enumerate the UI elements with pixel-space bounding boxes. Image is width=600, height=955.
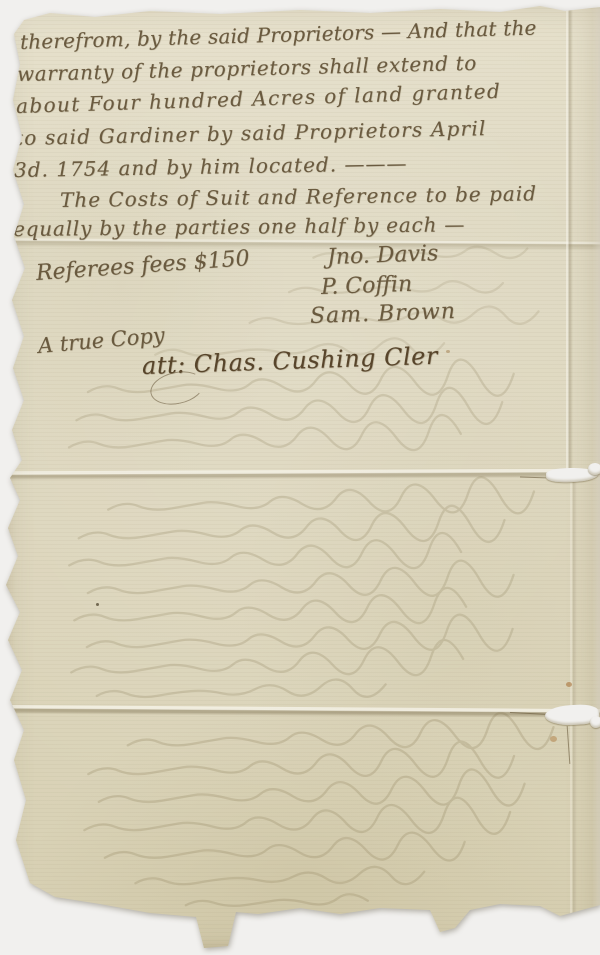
paper-crack [567, 726, 571, 764]
signature-p-coffin: P. Coffin [321, 272, 413, 300]
manuscript-line-5: 3d. 1754 and by him located. ——— [14, 151, 408, 182]
paper-crack [510, 712, 550, 715]
clerk-attestation-signature: att: Chas. Cushing Cler [142, 342, 439, 380]
scanned-document: therefrom, by the said Proprietors — And… [0, 0, 600, 955]
manuscript-line-1: therefrom, by the said Proprietors — And… [20, 16, 537, 54]
manuscript-line-6: The Costs of Suit and Reference to be pa… [60, 181, 537, 212]
foxing-speck [514, 914, 522, 920]
paper-shadow-wrap: therefrom, by the said Proprietors — And… [0, 0, 600, 955]
paper-crack [520, 476, 550, 478]
paper-right-edge-highlight [592, 0, 600, 955]
manuscript-line-3: about Four hundred Acres of land granted [16, 79, 502, 118]
signature-sam-brown: Sam. Brown [310, 299, 457, 329]
manuscript-line-4: to said Gardiner by said Proprietors Apr… [15, 116, 487, 150]
ink-speck [96, 603, 99, 606]
fold-crease-vertical-top [566, 6, 573, 472]
manuscript-line-7: equally by the parties one half by each … [13, 212, 465, 241]
fold-crease-vertical-bottom [570, 472, 577, 942]
referees-fee-note: Referees fees $150 [35, 246, 250, 286]
foxing-speck [550, 736, 557, 742]
foxing-speck [566, 682, 572, 687]
foxing-speck [446, 350, 450, 353]
fold-crease-horizontal-2 [0, 469, 600, 481]
paper-sheet: therefrom, by the said Proprietors — And… [0, 0, 600, 955]
signature-jno-davis: Jno. Davis [327, 241, 439, 270]
fold-crease-horizontal-3 [0, 705, 600, 718]
